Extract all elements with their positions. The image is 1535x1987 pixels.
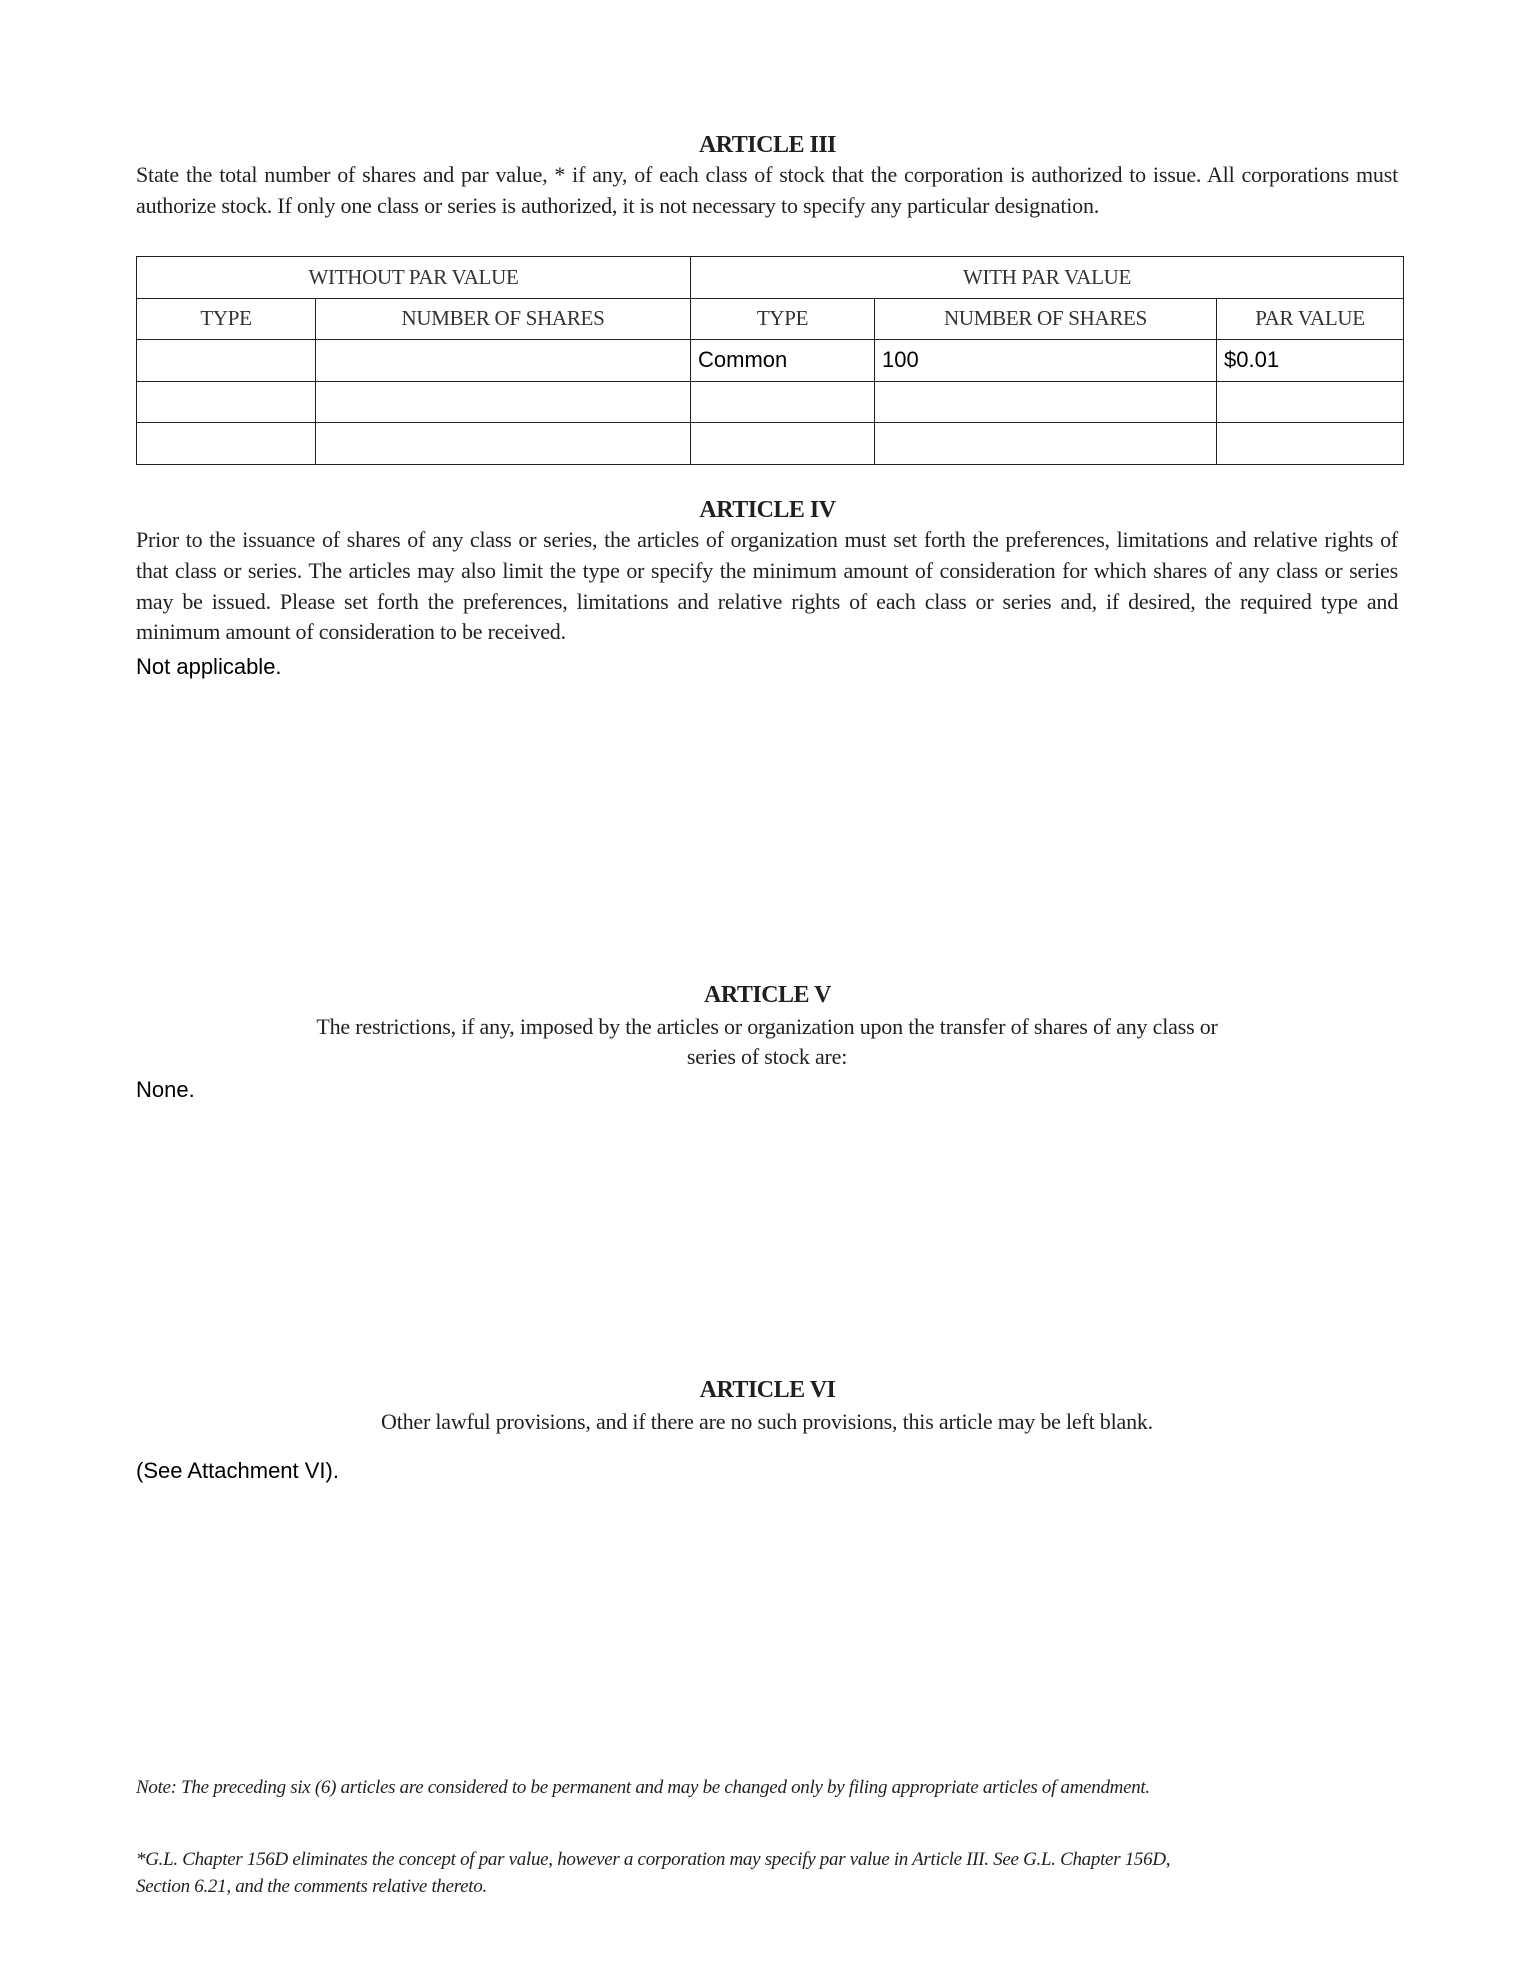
cell-type-par[interactable]: Common <box>691 340 875 382</box>
article-4-instructions: Prior to the issuance of shares of any c… <box>136 525 1398 648</box>
article-5-instructions-line1: The restrictions, if any, imposed by the… <box>136 1012 1398 1043</box>
article-5-title: ARTICLE V <box>0 982 1535 1009</box>
cell-shares-par[interactable] <box>875 423 1217 465</box>
article-4-response[interactable]: Not applicable. <box>136 654 282 680</box>
table-row: Common 100 $0.01 <box>137 340 1404 382</box>
article-6-instructions: Other lawful provisions, and if there ar… <box>136 1407 1398 1438</box>
group-header-without-par: WITHOUT PAR VALUE <box>137 257 691 299</box>
shares-group-header-row: WITHOUT PAR VALUE WITH PAR VALUE <box>137 257 1404 299</box>
article-3-title: ARTICLE III <box>0 132 1535 159</box>
article-3-instructions: State the total number of shares and par… <box>136 160 1398 222</box>
cell-shares-par[interactable] <box>875 381 1217 423</box>
cell-type-par[interactable] <box>691 423 875 465</box>
cell-shares-par[interactable]: 100 <box>875 340 1217 382</box>
col-header-par-value: PAR VALUE <box>1217 298 1404 340</box>
cell-shares-nopar[interactable] <box>316 381 691 423</box>
article-5-response[interactable]: None. <box>136 1077 195 1103</box>
cell-type-nopar[interactable] <box>137 340 316 382</box>
cell-shares-nopar[interactable] <box>316 340 691 382</box>
cell-type-nopar[interactable] <box>137 423 316 465</box>
cell-par-value[interactable] <box>1217 381 1404 423</box>
table-row <box>137 381 1404 423</box>
article-6-title: ARTICLE VI <box>0 1377 1535 1404</box>
col-header-shares-par: NUMBER OF SHARES <box>875 298 1217 340</box>
col-header-type-nopar: TYPE <box>137 298 316 340</box>
cell-type-par[interactable] <box>691 381 875 423</box>
cell-par-value[interactable] <box>1217 423 1404 465</box>
group-header-with-par: WITH PAR VALUE <box>691 257 1404 299</box>
par-value-footnote-line2: Section 6.21, and the comments relative … <box>136 1873 1398 1900</box>
shares-table: WITHOUT PAR VALUE WITH PAR VALUE TYPE NU… <box>136 256 1404 465</box>
table-row <box>137 423 1404 465</box>
article-4-title: ARTICLE IV <box>0 497 1535 524</box>
cell-shares-nopar[interactable] <box>316 423 691 465</box>
amendment-note: Note: The preceding six (6) articles are… <box>136 1774 1398 1801</box>
cell-type-nopar[interactable] <box>137 381 316 423</box>
shares-column-header-row: TYPE NUMBER OF SHARES TYPE NUMBER OF SHA… <box>137 298 1404 340</box>
cell-par-value[interactable]: $0.01 <box>1217 340 1404 382</box>
col-header-type-par: TYPE <box>691 298 875 340</box>
par-value-footnote-line1: *G.L. Chapter 156D eliminates the concep… <box>136 1846 1398 1873</box>
article-6-response[interactable]: (See Attachment VI). <box>136 1458 339 1484</box>
col-header-shares-nopar: NUMBER OF SHARES <box>316 298 691 340</box>
article-5-instructions-line2: series of stock are: <box>136 1042 1398 1073</box>
